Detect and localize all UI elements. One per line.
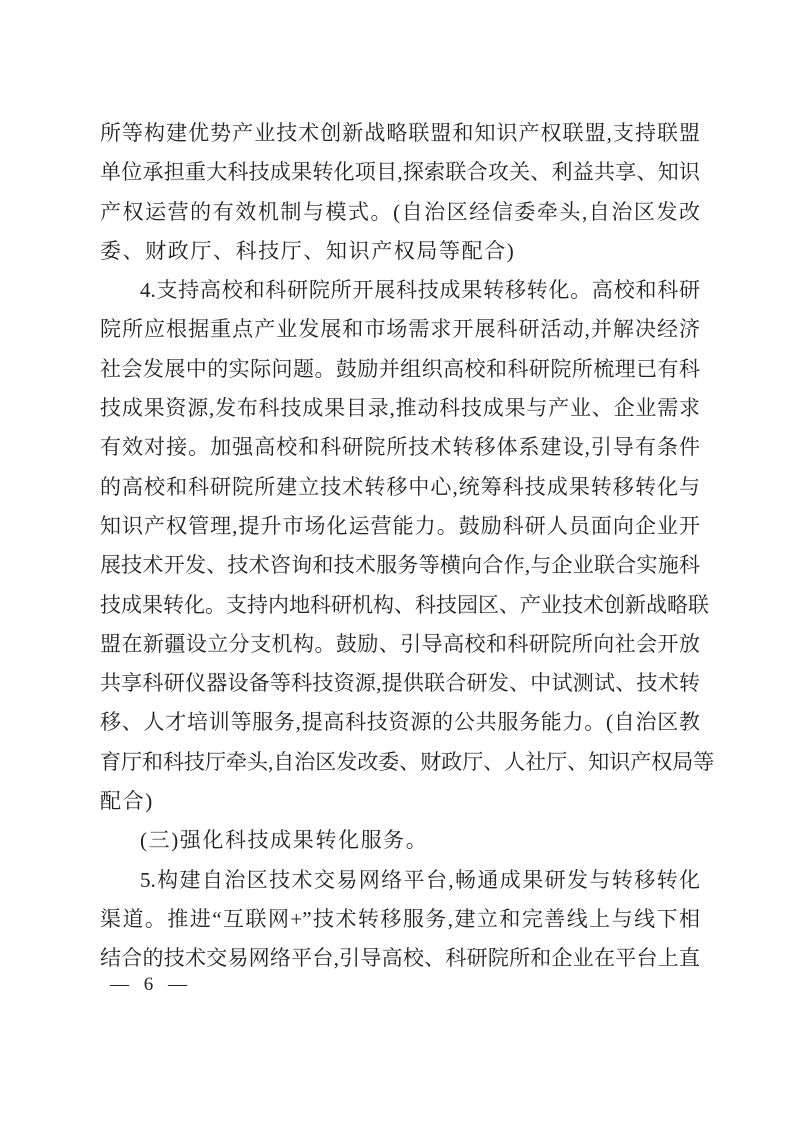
document-line: 技成果转化。支持内地科研机构、科技园区、产业技术创新战略联 xyxy=(100,586,700,625)
document-line: 有效对接。加强高校和科研院所技术转移体系建设,引导有条件 xyxy=(100,428,700,467)
document-line: 社会发展中的实际问题。鼓励并组织高校和科研院所梳理已有科 xyxy=(100,350,700,389)
document-line: 育厅和科技厅牵头,自治区发改委、财政厅、人社厅、知识产权局等 xyxy=(100,743,700,782)
document-page: 所等构建优势产业技术创新战略联盟和知识产权联盟,支持联盟 单位承担重大科技成果转… xyxy=(0,0,793,1122)
document-line: 的高校和科研院所建立技术转移中心,统筹科技成果转移转化与 xyxy=(100,468,700,507)
document-line: 委、财政厅、科技厅、知识产权局等配合) xyxy=(100,232,700,271)
document-line: 渠道。推进“互联网+”技术转移服务,建立和完善线上与线下相 xyxy=(100,900,700,939)
section-heading-3: (三)强化科技成果转化服务。 xyxy=(100,821,700,860)
document-line: 所等构建优势产业技术创新战略联盟和知识产权联盟,支持联盟 xyxy=(100,114,700,153)
document-line: 展技术开发、技术咨询和技术服务等横向合作,与企业联合实施科 xyxy=(100,546,700,585)
document-line: 配合) xyxy=(100,782,700,821)
document-line: 盟在新疆设立分支机构。鼓励、引导高校和科研院所向社会开放 xyxy=(100,625,700,664)
document-line: 产权运营的有效机制与模式。(自治区经信委牵头,自治区发改 xyxy=(100,193,700,232)
document-line: 共享科研仪器设备等科技资源,提供联合研发、中试测试、技术转 xyxy=(100,664,700,703)
document-line: 单位承担重大科技成果转化项目,探索联合攻关、利益共享、知识 xyxy=(100,153,700,192)
document-line: 院所应根据重点产业发展和市场需求开展科研活动,并解决经济 xyxy=(100,310,700,349)
document-line-item-5-start: 5.构建自治区技术交易网络平台,畅通成果研发与转移转化 xyxy=(100,861,700,900)
document-line: 技成果资源,发布科技成果目录,推动科技成果与产业、企业需求 xyxy=(100,389,700,428)
document-text-block: 所等构建优势产业技术创新战略联盟和知识产权联盟,支持联盟 单位承担重大科技成果转… xyxy=(100,114,700,979)
document-line: 移、人才培训等服务,提高科技资源的公共服务能力。(自治区教 xyxy=(100,703,700,742)
page-number: — 6 — xyxy=(110,972,192,998)
document-line: 知识产权管理,提升市场化运营能力。鼓励科研人员面向企业开 xyxy=(100,507,700,546)
document-line-item-4-start: 4.支持高校和科研院所开展科技成果转移转化。高校和科研 xyxy=(100,271,700,310)
